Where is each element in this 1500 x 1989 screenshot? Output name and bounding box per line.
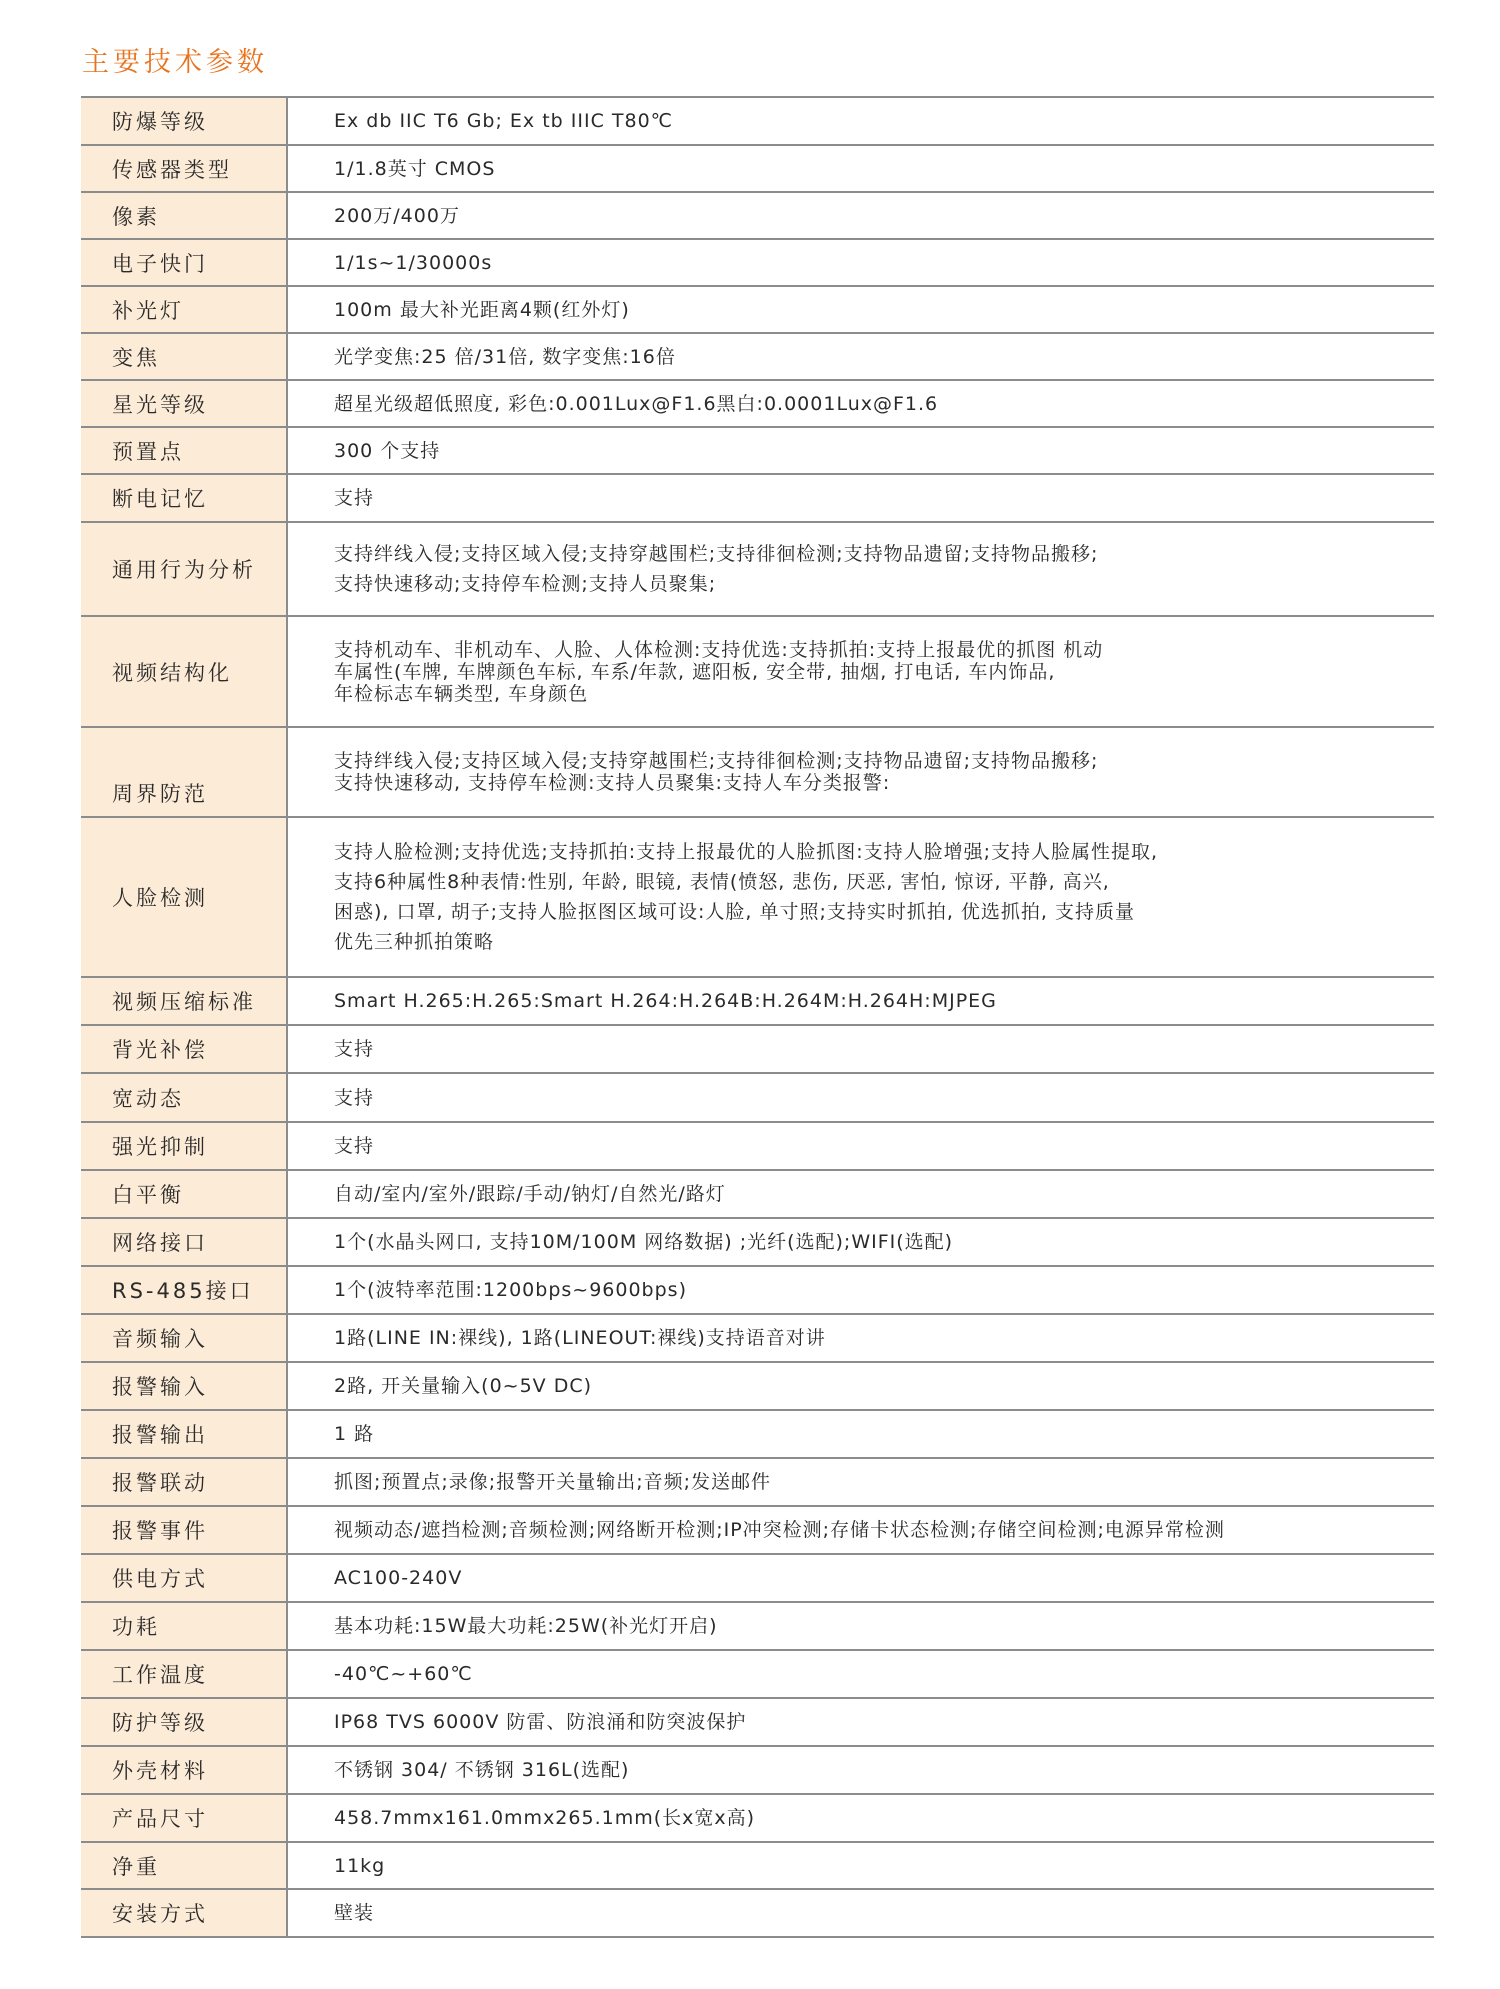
spec-value: 光学变焦:25 倍/31倍, 数字变焦:16倍: [287, 333, 1434, 380]
spec-value-line: 优先三种抓拍策略: [334, 927, 1414, 957]
spec-value: 抓图;预置点;录像;报警开关量输出;音频;发送邮件: [287, 1458, 1434, 1506]
spec-value-line: 超星光级超低照度, 彩色:0.001Lux@F1.6黑白:0.0001Lux@F…: [334, 392, 1414, 416]
spec-value-line: 壁装: [334, 1901, 1414, 1925]
spec-row: 网络接口1个(水晶头网口, 支持10M/100M 网络数据) ;光纤(选配);W…: [81, 1218, 1434, 1266]
spec-label: 供电方式: [81, 1554, 287, 1602]
spec-label: 星光等级: [81, 380, 287, 427]
spec-row: 断电记忆支持: [81, 474, 1434, 522]
spec-label: 断电记忆: [81, 474, 287, 522]
spec-value-line: -40℃~+60℃: [334, 1662, 1414, 1686]
spec-row: 防护等级IP68 TVS 6000V 防雷、防浪涌和防突波保护: [81, 1698, 1434, 1746]
spec-value: 超星光级超低照度, 彩色:0.001Lux@F1.6黑白:0.0001Lux@F…: [287, 380, 1434, 427]
spec-value-line: 100m 最大补光距离4颗(红外灯): [334, 298, 1414, 322]
spec-row: 星光等级超星光级超低照度, 彩色:0.001Lux@F1.6黑白:0.0001L…: [81, 380, 1434, 427]
spec-row: 宽动态支持: [81, 1073, 1434, 1122]
spec-value-line: 自动/室内/室外/跟踪/手动/钠灯/自然光/路灯: [334, 1182, 1414, 1206]
spec-value: 支持机动车、非机动车、人脸、人体检测:支持优选:支持抓拍:支持上报最优的抓图 机…: [287, 616, 1434, 727]
spec-value: 11kg: [287, 1842, 1434, 1889]
spec-table-body: 防爆等级Ex db IIC T6 Gb; Ex tb IIIC T80℃传感器类…: [81, 97, 1434, 1937]
spec-value: 视频动态/遮挡检测;音频检测;网络断开检测;IP冲突检测;存储卡状态检测;存储空…: [287, 1506, 1434, 1554]
spec-label: 报警联动: [81, 1458, 287, 1506]
spec-value: 1路(LINE IN:裸线), 1路(LINEOUT:裸线)支持语音对讲: [287, 1314, 1434, 1362]
page-title: 主要技术参数: [82, 47, 268, 79]
spec-row: 报警输入2路, 开关量输入(0~5V DC): [81, 1362, 1434, 1410]
spec-row: 通用行为分析支持绊线入侵;支持区域入侵;支持穿越围栏;支持徘徊检测;支持物品遗留…: [81, 522, 1434, 616]
spec-label: 音频输入: [81, 1314, 287, 1362]
spec-value-line: 458.7mmx161.0mmx265.1mm(长x宽x高): [334, 1806, 1414, 1830]
spec-value: 壁装: [287, 1889, 1434, 1937]
spec-row: 强光抑制支持: [81, 1122, 1434, 1170]
spec-label: 网络接口: [81, 1218, 287, 1266]
spec-value-line: 1路(LINE IN:裸线), 1路(LINEOUT:裸线)支持语音对讲: [334, 1326, 1414, 1350]
spec-value-line: 300 个支持: [334, 439, 1414, 463]
spec-row: 外壳材料不锈钢 304/ 不锈钢 316L(选配): [81, 1746, 1434, 1794]
spec-value: 1/1s~1/30000s: [287, 239, 1434, 286]
spec-label: RS-485接口: [81, 1266, 287, 1314]
spec-label: 电子快门: [81, 239, 287, 286]
spec-label: 通用行为分析: [81, 522, 287, 616]
spec-value: 200万/400万: [287, 192, 1434, 239]
spec-row: 周界防范支持绊线入侵;支持区域入侵;支持穿越围栏;支持徘徊检测;支持物品遗留;支…: [81, 727, 1434, 817]
spec-value-line: 1个(波特率范围:1200bps~9600bps): [334, 1278, 1414, 1302]
spec-value-line: 基本功耗:15W最大功耗:25W(补光灯开启): [334, 1614, 1414, 1638]
spec-value-line: 视频动态/遮挡检测;音频检测;网络断开检测;IP冲突检测;存储卡状态检测;存储空…: [334, 1518, 1414, 1542]
spec-value-line: 支持人脸检测;支持优选;支持抓拍:支持上报最优的人脸抓图:支持人脸增强;支持人脸…: [334, 837, 1414, 867]
spec-value-line: 200万/400万: [334, 204, 1414, 228]
spec-value-line: 1 路: [334, 1422, 1414, 1446]
spec-value-line: 光学变焦:25 倍/31倍, 数字变焦:16倍: [334, 345, 1414, 369]
spec-value: 支持绊线入侵;支持区域入侵;支持穿越围栏;支持徘徊检测;支持物品遗留;支持物品搬…: [287, 727, 1434, 817]
spec-value-line: 支持绊线入侵;支持区域入侵;支持穿越围栏;支持徘徊检测;支持物品遗留;支持物品搬…: [334, 539, 1414, 569]
spec-row: 报警事件视频动态/遮挡检测;音频检测;网络断开检测;IP冲突检测;存储卡状态检测…: [81, 1506, 1434, 1554]
spec-value: 458.7mmx161.0mmx265.1mm(长x宽x高): [287, 1794, 1434, 1842]
spec-value-line: 抓图;预置点;录像;报警开关量输出;音频;发送邮件: [334, 1470, 1414, 1494]
spec-label: 净重: [81, 1842, 287, 1889]
spec-label: 白平衡: [81, 1170, 287, 1218]
spec-label: 安装方式: [81, 1889, 287, 1937]
spec-value: 1个(波特率范围:1200bps~9600bps): [287, 1266, 1434, 1314]
spec-label: 宽动态: [81, 1073, 287, 1122]
spec-value: 1/1.8英寸 CMOS: [287, 145, 1434, 192]
spec-row: 视频结构化支持机动车、非机动车、人脸、人体检测:支持优选:支持抓拍:支持上报最优…: [81, 616, 1434, 727]
spec-label: 变焦: [81, 333, 287, 380]
spec-value-line: 困惑), 口罩, 胡子;支持人脸抠图区域可设:人脸, 单寸照;支持实时抓拍, 优…: [334, 897, 1414, 927]
spec-label: 报警事件: [81, 1506, 287, 1554]
spec-value-line: 支持快速移动, 支持停车检测:支持人员聚集:支持人车分类报警:: [334, 772, 1414, 794]
spec-label: 外壳材料: [81, 1746, 287, 1794]
spec-value: 1 路: [287, 1410, 1434, 1458]
spec-row: 音频输入1路(LINE IN:裸线), 1路(LINEOUT:裸线)支持语音对讲: [81, 1314, 1434, 1362]
spec-label: 视频结构化: [81, 616, 287, 727]
spec-label: 像素: [81, 192, 287, 239]
spec-value-line: 支持机动车、非机动车、人脸、人体检测:支持优选:支持抓拍:支持上报最优的抓图 机…: [334, 639, 1414, 661]
spec-value: -40℃~+60℃: [287, 1650, 1434, 1698]
spec-label: 功耗: [81, 1602, 287, 1650]
spec-row: 白平衡自动/室内/室外/跟踪/手动/钠灯/自然光/路灯: [81, 1170, 1434, 1218]
spec-label: 补光灯: [81, 286, 287, 333]
spec-label: 强光抑制: [81, 1122, 287, 1170]
spec-row: 安装方式壁装: [81, 1889, 1434, 1937]
spec-value-line: 支持6种属性8种表情:性别, 年龄, 眼镜, 表情(愤怒, 悲伤, 厌恶, 害怕…: [334, 867, 1414, 897]
spec-value-line: 车属性(车牌, 车牌颜色车标, 车系/年款, 遮阳板, 安全带, 抽烟, 打电话…: [334, 661, 1414, 683]
spec-label: 周界防范: [81, 727, 287, 817]
spec-value: Smart H.265:H.265:Smart H.264:H.264B:H.2…: [287, 977, 1434, 1025]
spec-label: 背光补偿: [81, 1025, 287, 1073]
spec-value: AC100-240V: [287, 1554, 1434, 1602]
spec-label: 传感器类型: [81, 145, 287, 192]
spec-row: 防爆等级Ex db IIC T6 Gb; Ex tb IIIC T80℃: [81, 97, 1434, 145]
spec-row: 背光补偿支持: [81, 1025, 1434, 1073]
spec-row: 报警联动抓图;预置点;录像;报警开关量输出;音频;发送邮件: [81, 1458, 1434, 1506]
spec-label: 报警输入: [81, 1362, 287, 1410]
spec-table: 防爆等级Ex db IIC T6 Gb; Ex tb IIIC T80℃传感器类…: [81, 96, 1434, 1938]
spec-value-line: 年检标志车辆类型, 车身颜色: [334, 683, 1414, 705]
spec-row: 供电方式AC100-240V: [81, 1554, 1434, 1602]
spec-value-line: 2路, 开关量输入(0~5V DC): [334, 1374, 1414, 1398]
spec-row: 补光灯100m 最大补光距离4颗(红外灯): [81, 286, 1434, 333]
spec-value: 2路, 开关量输入(0~5V DC): [287, 1362, 1434, 1410]
spec-label: 视频压缩标准: [81, 977, 287, 1025]
spec-value-line: 支持: [334, 486, 1414, 510]
spec-label: 人脸检测: [81, 817, 287, 977]
spec-value: IP68 TVS 6000V 防雷、防浪涌和防突波保护: [287, 1698, 1434, 1746]
spec-row: 视频压缩标准Smart H.265:H.265:Smart H.264:H.26…: [81, 977, 1434, 1025]
spec-row: RS-485接口1个(波特率范围:1200bps~9600bps): [81, 1266, 1434, 1314]
spec-row: 报警输出1 路: [81, 1410, 1434, 1458]
spec-value-line: 支持: [334, 1134, 1414, 1158]
spec-label: 报警输出: [81, 1410, 287, 1458]
spec-value: 支持人脸检测;支持优选;支持抓拍:支持上报最优的人脸抓图:支持人脸增强;支持人脸…: [287, 817, 1434, 977]
spec-label: 防爆等级: [81, 97, 287, 145]
spec-value-line: 1/1s~1/30000s: [334, 251, 1414, 275]
spec-value: 自动/室内/室外/跟踪/手动/钠灯/自然光/路灯: [287, 1170, 1434, 1218]
spec-value: 不锈钢 304/ 不锈钢 316L(选配): [287, 1746, 1434, 1794]
spec-row: 净重11kg: [81, 1842, 1434, 1889]
spec-value: 1个(水晶头网口, 支持10M/100M 网络数据) ;光纤(选配);WIFI(…: [287, 1218, 1434, 1266]
spec-value-line: 不锈钢 304/ 不锈钢 316L(选配): [334, 1758, 1414, 1782]
spec-row: 工作温度-40℃~+60℃: [81, 1650, 1434, 1698]
spec-value-line: AC100-240V: [334, 1566, 1414, 1590]
spec-row: 变焦光学变焦:25 倍/31倍, 数字变焦:16倍: [81, 333, 1434, 380]
spec-row: 人脸检测支持人脸检测;支持优选;支持抓拍:支持上报最优的人脸抓图:支持人脸增强;…: [81, 817, 1434, 977]
spec-row: 产品尺寸458.7mmx161.0mmx265.1mm(长x宽x高): [81, 1794, 1434, 1842]
spec-value-line: 支持快速移动;支持停车检测;支持人员聚集;: [334, 569, 1414, 599]
spec-row: 传感器类型1/1.8英寸 CMOS: [81, 145, 1434, 192]
spec-row: 预置点300 个支持: [81, 427, 1434, 474]
spec-value-line: 11kg: [334, 1854, 1414, 1878]
spec-value: 基本功耗:15W最大功耗:25W(补光灯开启): [287, 1602, 1434, 1650]
spec-label: 产品尺寸: [81, 1794, 287, 1842]
spec-value-line: 1/1.8英寸 CMOS: [334, 157, 1414, 181]
spec-value: 支持绊线入侵;支持区域入侵;支持穿越围栏;支持徘徊检测;支持物品遗留;支持物品搬…: [287, 522, 1434, 616]
spec-value: Ex db IIC T6 Gb; Ex tb IIIC T80℃: [287, 97, 1434, 145]
spec-value-line: 支持: [334, 1037, 1414, 1061]
spec-value: 支持: [287, 1122, 1434, 1170]
spec-value: 支持: [287, 1025, 1434, 1073]
spec-value-line: Ex db IIC T6 Gb; Ex tb IIIC T80℃: [334, 109, 1414, 133]
spec-row: 像素200万/400万: [81, 192, 1434, 239]
spec-label: 工作温度: [81, 1650, 287, 1698]
spec-value-line: 支持: [334, 1086, 1414, 1110]
spec-value: 100m 最大补光距离4颗(红外灯): [287, 286, 1434, 333]
spec-value-line: Smart H.265:H.265:Smart H.264:H.264B:H.2…: [334, 989, 1414, 1013]
spec-value-line: 1个(水晶头网口, 支持10M/100M 网络数据) ;光纤(选配);WIFI(…: [334, 1230, 1414, 1254]
spec-value: 支持: [287, 474, 1434, 522]
spec-row: 功耗基本功耗:15W最大功耗:25W(补光灯开启): [81, 1602, 1434, 1650]
spec-label: 预置点: [81, 427, 287, 474]
spec-label: 防护等级: [81, 1698, 287, 1746]
spec-row: 电子快门1/1s~1/30000s: [81, 239, 1434, 286]
spec-value: 300 个支持: [287, 427, 1434, 474]
spec-value-line: 支持绊线入侵;支持区域入侵;支持穿越围栏;支持徘徊检测;支持物品遗留;支持物品搬…: [334, 750, 1414, 772]
spec-value: 支持: [287, 1073, 1434, 1122]
spec-value-line: IP68 TVS 6000V 防雷、防浪涌和防突波保护: [334, 1710, 1414, 1734]
